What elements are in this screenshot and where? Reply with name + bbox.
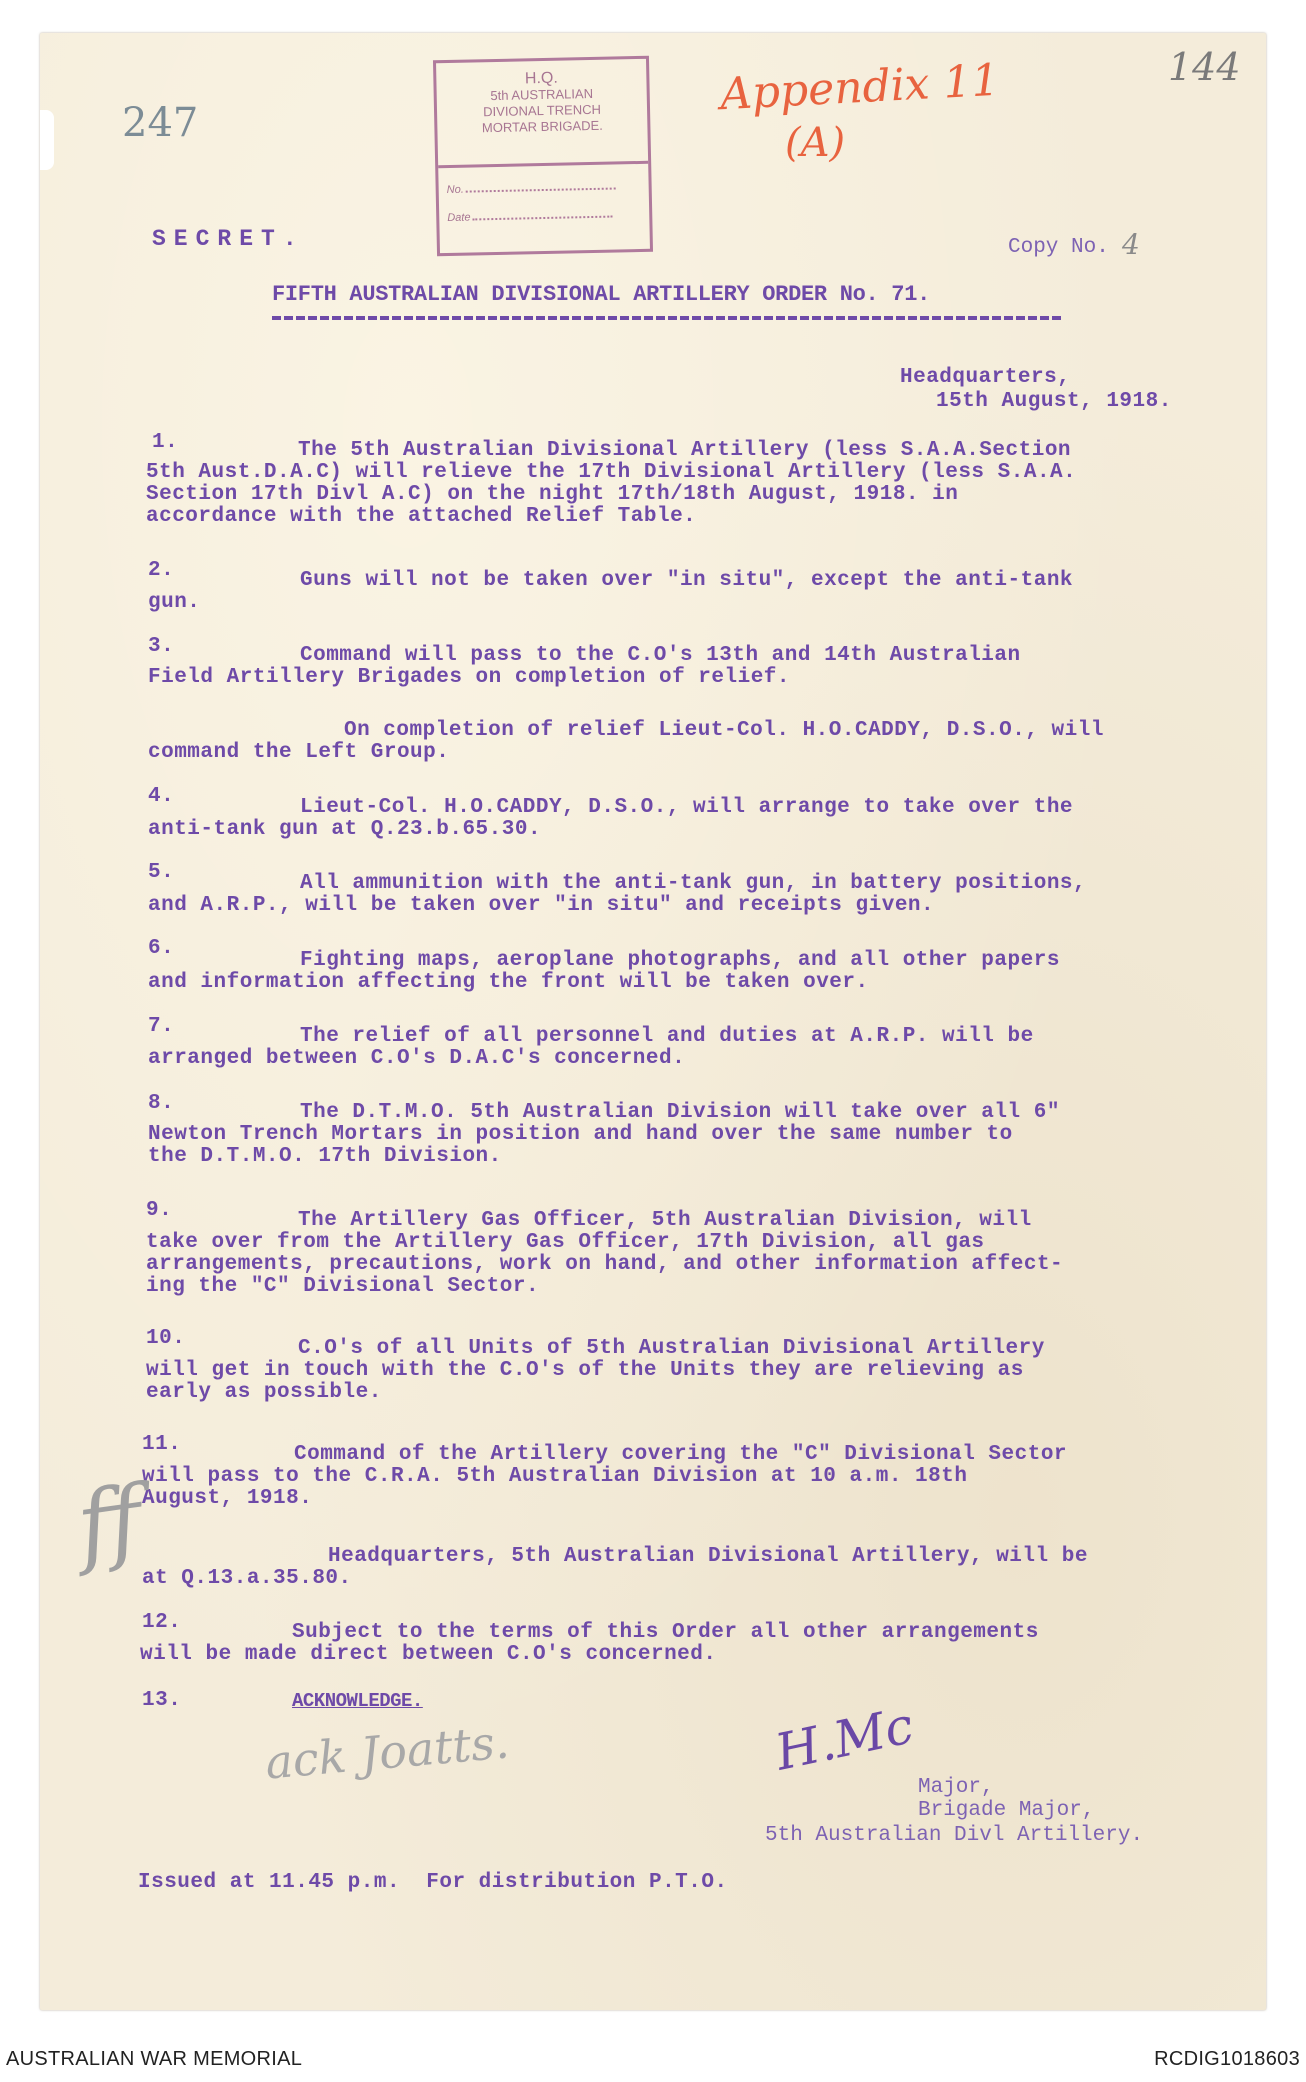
- paragraph-13-number: 13.: [142, 1690, 181, 1712]
- paragraph-10: C.O's of all Units of 5th Australian Div…: [146, 1338, 1045, 1404]
- title-underline: [272, 316, 1064, 320]
- copy-number-value: 4: [1122, 228, 1140, 261]
- paragraph-3: Command will pass to the C.O's 13th and …: [148, 645, 1021, 689]
- signatory-unit: 5th Australian Divl Artillery.: [765, 1825, 1143, 1847]
- paragraph-3-continued: On completion of relief Lieut-Col. H.O.C…: [148, 720, 1104, 764]
- archive-number: 247: [122, 100, 198, 146]
- signatory-rank: Major,: [918, 1777, 994, 1799]
- classification: SECRET.: [152, 226, 305, 252]
- paragraph-2: Guns will not be taken over "in situ", e…: [148, 570, 1073, 614]
- paper-tear: [40, 110, 54, 170]
- acknowledge-instruction: ACKNOWLEDGE.: [292, 1690, 423, 1712]
- signatory-role: Brigade Major,: [918, 1800, 1094, 1822]
- header-location: Headquarters,: [900, 366, 1070, 389]
- footer-institution: AUSTRALIAN WAR MEMORIAL: [6, 2048, 302, 2071]
- copy-number-label: Copy No.: [1008, 236, 1109, 259]
- appendix-annotation-sub: (A): [785, 120, 845, 166]
- order-title: FIFTH AUSTRALIAN DIVISIONAL ARTILLERY OR…: [272, 282, 930, 307]
- hq-stamp: H.Q. 5th AUSTRALIAN DIVIONAL TRENCH MORT…: [433, 56, 653, 256]
- stamp-date-field: Date: [439, 192, 650, 224]
- paragraph-9: The Artillery Gas Officer, 5th Australia…: [146, 1210, 1063, 1298]
- paragraph-7: The relief of all personnel and duties a…: [148, 1026, 1034, 1070]
- paragraph-4: Lieut-Col. H.O.CADDY, D.S.O., will arran…: [148, 797, 1073, 841]
- paragraph-12: Subject to the terms of this Order all o…: [140, 1622, 1039, 1666]
- header-date: 15th August, 1918.: [936, 390, 1172, 413]
- document-paper: [40, 33, 1266, 2010]
- paragraph-6: Fighting maps, aeroplane photographs, an…: [148, 950, 1060, 994]
- paragraph-8: The D.T.M.O. 5th Australian Division wil…: [148, 1102, 1060, 1168]
- issued-line: Issued at 11.45 p.m. For distribution P.…: [138, 1872, 728, 1894]
- stamp-no-field: No.: [438, 164, 649, 196]
- footer-record-id: RCDIG1018603: [1154, 2048, 1300, 2071]
- paragraph-11-continued: Headquarters, 5th Australian Divisional …: [142, 1546, 1088, 1590]
- paragraph-11: Command of the Artillery covering the "C…: [142, 1444, 1067, 1510]
- paragraph-5: All ammunition with the anti-tank gun, i…: [148, 873, 1086, 917]
- stamp-line: MORTAR BRIGADE.: [437, 117, 647, 137]
- folio-number: 144: [1168, 45, 1241, 89]
- paragraph-1: The 5th Australian Divisional Artillery …: [146, 440, 1076, 528]
